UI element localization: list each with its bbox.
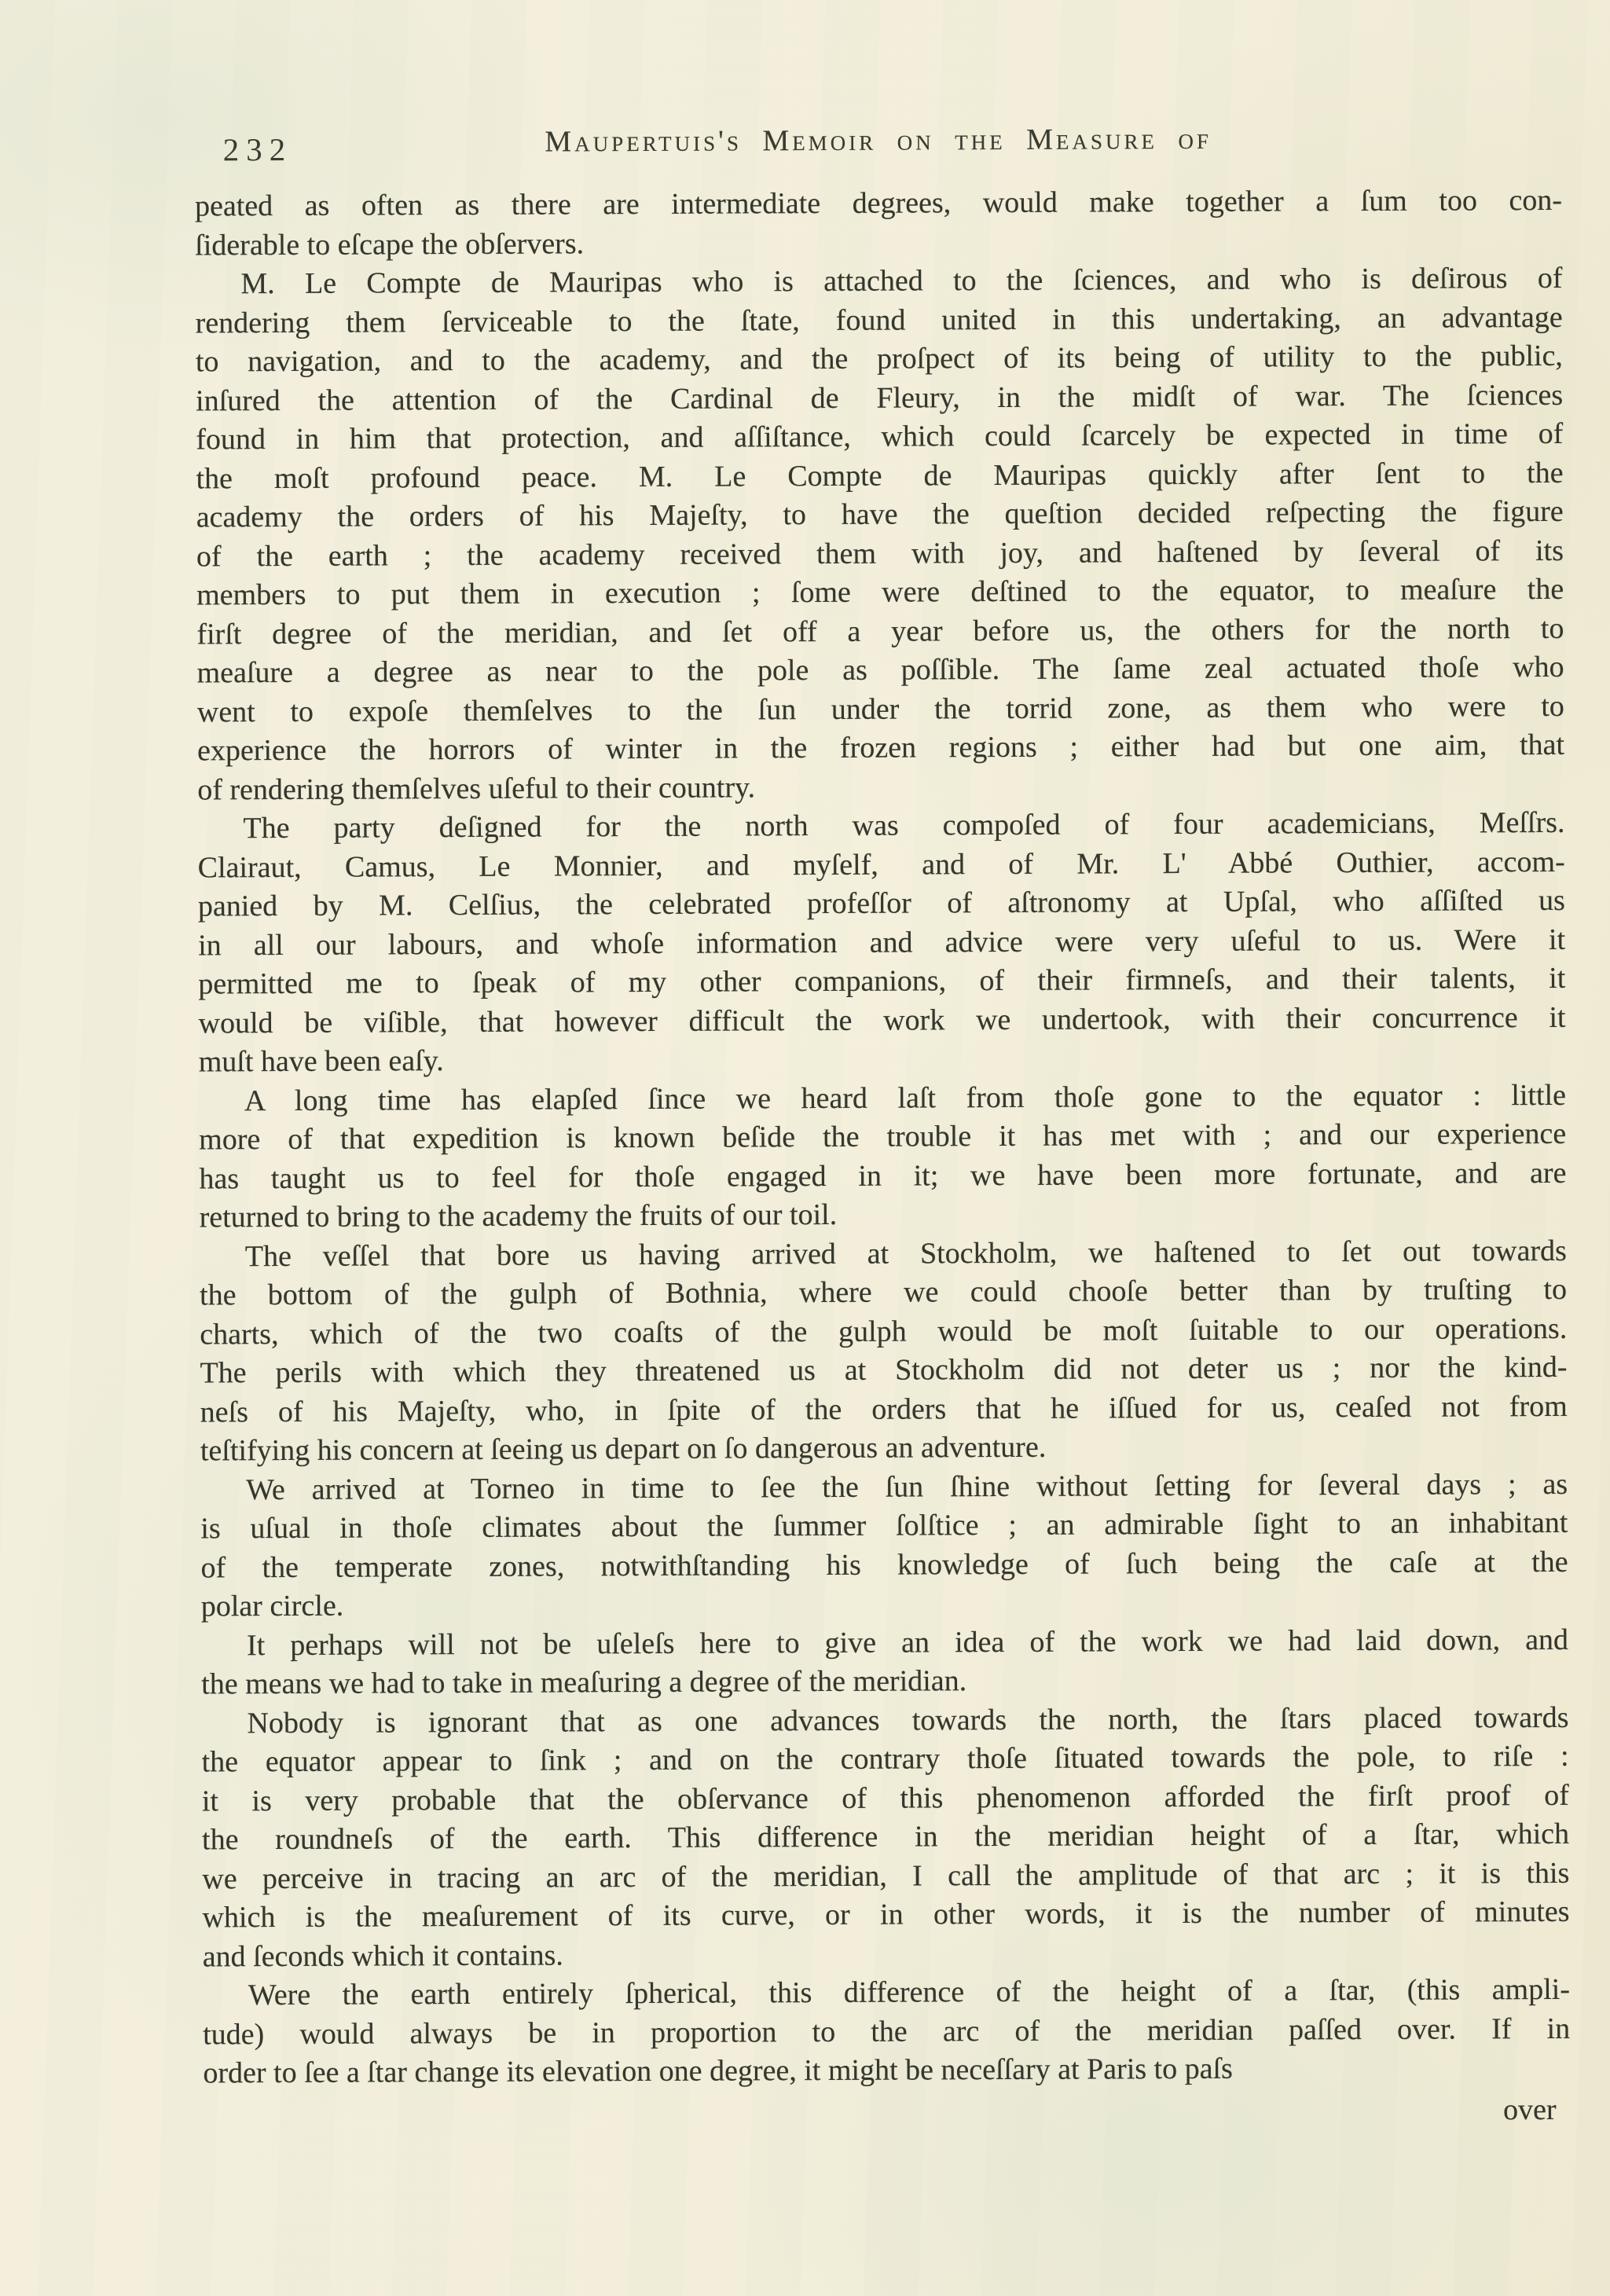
text-line: in all our labours, and whoſe informatio… — [198, 920, 1565, 965]
text-line: the bottom of the gulph of Bothnia, wher… — [200, 1271, 1567, 1315]
text-line: It perhaps will not be uſeleſs here to g… — [201, 1620, 1568, 1665]
text-line: muſt have been eaſy. — [199, 1037, 1566, 1082]
text-line: panied by M. Celſius, the celebrated pro… — [198, 882, 1565, 926]
catchword: over — [204, 2092, 1571, 2133]
text-line: The party deſigned for the north was com… — [197, 804, 1564, 849]
paragraph: The veſſel that bore us having arrived a… — [200, 1231, 1568, 1471]
paragraph: Were the earth entirely ſpherical, this … — [203, 1971, 1571, 2093]
body-text: peated as often as there are intermediat… — [195, 182, 1571, 2093]
text-line: and ſeconds which it contains. — [203, 1931, 1570, 1976]
text-line: would be viſible, that however difficult… — [198, 998, 1565, 1043]
text-line: inſured the attention of the Cardinal de… — [196, 376, 1563, 420]
text-line: the equator appear to ſink ; and on the … — [202, 1737, 1569, 1782]
text-line: academy the orders of his Majeſty, to ha… — [196, 493, 1564, 537]
text-line: went to expoſe themſelves to the ſun und… — [197, 687, 1564, 732]
text-line: The veſſel that bore us having arrived a… — [200, 1231, 1567, 1276]
page-number: 232 — [223, 130, 293, 168]
page-content: 232 Maupertuis's Memoir on the Measure o… — [0, 0, 1610, 2296]
text-line: The perils with which they threatened us… — [200, 1348, 1567, 1393]
text-line: is uſual in thoſe climates about the ſum… — [200, 1504, 1568, 1549]
paragraph: peated as often as there are intermediat… — [195, 182, 1562, 266]
text-line: to navigation, and to the academy, and t… — [196, 337, 1563, 382]
text-line: more of that expedition is known beſide … — [199, 1115, 1566, 1160]
text-line: polar circle. — [201, 1582, 1568, 1627]
text-line: the moſt profound peace. M. Le Compte de… — [196, 453, 1563, 498]
paragraph: M. Le Compte de Mauripas who is attached… — [195, 259, 1564, 810]
text-line: rendering them ſerviceable to the ſtate,… — [196, 298, 1563, 343]
text-line: it is very probable that the obſervance … — [202, 1776, 1569, 1821]
text-line: Were the earth entirely ſpherical, this … — [203, 1971, 1570, 2015]
text-line: meaſure a degree as near to the pole as … — [197, 648, 1564, 693]
text-line: charts, which of the two coaſts of the g… — [200, 1309, 1567, 1354]
text-line: returned to bring to the academy the fru… — [200, 1193, 1567, 1238]
text-line: of rendering themſelves uſeful to their … — [197, 765, 1564, 809]
paragraph: The party deſigned for the north was com… — [197, 804, 1565, 1082]
text-line: teſtifying his concern at ſeeing us depa… — [200, 1426, 1568, 1471]
text-line: we perceive in tracing an arc of the mer… — [202, 1854, 1569, 1898]
text-line: the means we had to take in meaſuring a … — [201, 1660, 1568, 1704]
text-line: We arrived at Torneo in time to ſee the … — [200, 1465, 1568, 1509]
text-line: experience the horrors of winter in the … — [197, 726, 1564, 771]
text-line: Nobody is ignorant that as one advances … — [201, 1698, 1568, 1743]
text-line: which is the meaſurement of its curve, o… — [202, 1893, 1569, 1938]
text-line: neſs of his Majeſty, who, in ſpite of th… — [200, 1387, 1568, 1432]
paragraph: We arrived at Torneo in time to ſee the … — [200, 1465, 1568, 1627]
text-line: the roundneſs of the earth. This differe… — [202, 1815, 1569, 1860]
text-line: firſt degree of the meridian, and ſet of… — [196, 609, 1564, 654]
text-line: M. Le Compte de Mauripas who is attached… — [195, 259, 1562, 304]
running-header-row: 232 Maupertuis's Memoir on the Measure o… — [195, 120, 1562, 174]
text-line: of the temperate zones, notwithſtanding … — [200, 1542, 1568, 1587]
paragraph: A long time has elapſed ſince we heard l… — [199, 1076, 1567, 1238]
paragraph: It perhaps will not be uſeleſs here to g… — [201, 1620, 1568, 1704]
text-line: members to put them in execution ; ſome … — [196, 570, 1564, 615]
running-header: Maupertuis's Memoir on the Measure of — [195, 120, 1562, 161]
paragraph: Nobody is ignorant that as one advances … — [201, 1698, 1569, 1976]
text-line: Clairaut, Camus, Le Monnier, and myſelf,… — [198, 842, 1565, 887]
text-line: tude) would always be in proportion to t… — [203, 2009, 1570, 2054]
text-line: peated as often as there are intermediat… — [195, 182, 1562, 226]
text-line: order to ſee a ſtar change its elevation… — [203, 2048, 1570, 2093]
text-line: found in him that protection, and aſſiſt… — [196, 415, 1563, 460]
text-line: A long time has elapſed ſince we heard l… — [199, 1076, 1566, 1120]
book-page-scan: 232 Maupertuis's Memoir on the Measure o… — [0, 0, 1610, 2296]
text-line: permitted me to ſpeak of my other compan… — [198, 959, 1565, 1004]
text-line: has taught us to feel for thoſe engaged … — [199, 1154, 1566, 1198]
text-line: of the earth ; the academy received them… — [196, 531, 1564, 576]
text-line: ſiderable to eſcape the obſervers. — [195, 220, 1562, 265]
